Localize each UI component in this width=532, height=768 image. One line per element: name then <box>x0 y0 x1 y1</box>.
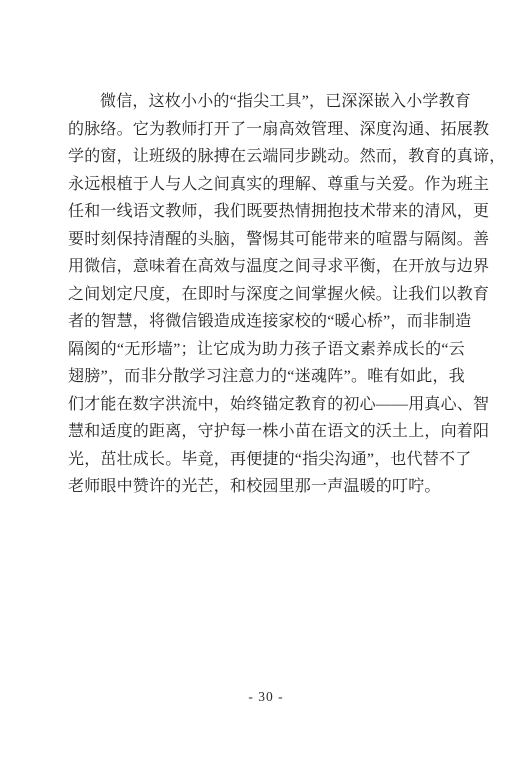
paragraph-block: 微信，这枚小小的“指尖工具”，已深深嵌入小学教育 的脉络。它为教师打开了一扇高效… <box>68 88 465 501</box>
paragraph-line: 老师眼中赞许的光芒，和校园里那一声温暖的叮咛。 <box>68 473 465 501</box>
paragraph-line: 任和一线语文教师，我们既要热情拥抱技术带来的清风，更 <box>68 198 465 226</box>
paragraph-line: 光，茁壮成长。毕竟，再便捷的“指尖沟通”，也代替不了 <box>68 446 465 474</box>
paragraph-line: 的脉络。它为教师打开了一扇高效管理、深度沟通、拓展教 <box>68 116 465 144</box>
paragraph-line: 隔阂的“无形墙”；让它成为助力孩子语文素养成长的“云 <box>68 336 465 364</box>
page-number: - 30 - <box>0 688 532 706</box>
paragraph-line: 用微信，意味着在高效与温度之间寻求平衡，在开放与边界 <box>68 253 465 281</box>
paragraph-line: 者的智慧，将微信锻造成连接家校的“暖心桥”，而非制造 <box>68 308 465 336</box>
document-page: 微信，这枚小小的“指尖工具”，已深深嵌入小学教育 的脉络。它为教师打开了一扇高效… <box>0 0 532 768</box>
paragraph-line: 要时刻保持清醒的头脑，警惕其可能带来的喧嚣与隔阂。善 <box>68 226 465 254</box>
paragraph-line: 永远根植于人与人之间真实的理解、尊重与关爱。作为班主 <box>68 171 465 199</box>
paragraph-line: 学的窗，让班级的脉搏在云端同步跳动。然而，教育的真谛， <box>68 143 465 171</box>
paragraph-line: 微信，这枚小小的“指尖工具”，已深深嵌入小学教育 <box>68 88 465 116</box>
paragraph-line: 们才能在数字洪流中，始终锚定教育的初心——用真心、智 <box>68 391 465 419</box>
paragraph-line: 之间划定尺度，在即时与深度之间掌握火候。让我们以教育 <box>68 281 465 309</box>
paragraph-line: 翅膀”，而非分散学习注意力的“迷魂阵”。唯有如此，我 <box>68 363 465 391</box>
paragraph-line: 慧和适度的距离，守护每一株小苗在语文的沃土上，向着阳 <box>68 418 465 446</box>
